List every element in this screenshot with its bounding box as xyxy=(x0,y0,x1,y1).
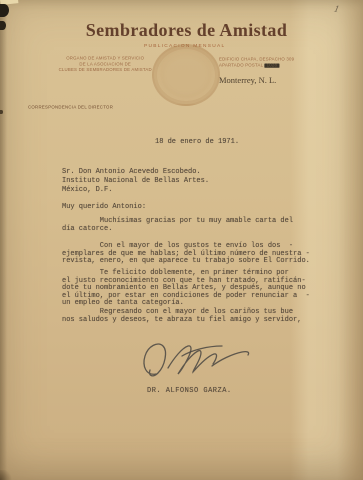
typed-line: día catorce. xyxy=(62,226,293,234)
letter-paragraph: Regresando con el mayor de los cariños t… xyxy=(62,309,301,324)
date-line: 18 de enero de 1971. xyxy=(155,138,239,146)
page-number-annotation: 1 xyxy=(333,4,340,16)
corner-shadow xyxy=(0,470,14,480)
letter-paragraph: Con el mayor de los gustos te envío los … xyxy=(62,243,310,266)
po-box-label: APARTADO POSTAL xyxy=(219,63,264,67)
typed-line: un empleo de tanta categoría. xyxy=(62,300,310,308)
salutation: Muy querido Antonio: xyxy=(62,203,146,211)
scanned-letter-page: 1 Sembradores de Amistad PUBLICACION MEN… xyxy=(0,0,363,480)
typed-line: revista, enero, en que aparece tu trabaj… xyxy=(62,258,310,266)
city-line: Monterrey, N. L. xyxy=(219,75,276,85)
recipient-line: Sr. Don Antonio Acevedo Escobedo. xyxy=(62,168,209,177)
recipient-block: Sr. Don Antonio Acevedo Escobedo.Institu… xyxy=(62,168,209,196)
letter-paragraph: Te felicito doblemente, en primer términ… xyxy=(62,270,310,308)
reference-line: CORRESPONDENCIA DEL DIRECTOR xyxy=(28,105,113,111)
ink-blot-artifact xyxy=(0,4,9,17)
letterhead-left-block: ORGANO DE AMISTAD Y SERVICIODE LA ASOCIA… xyxy=(44,56,166,73)
po-box-number-stamp: 1028 xyxy=(264,63,279,67)
letter-paragraph: Muchísimas gracias por tu muy amable car… xyxy=(62,218,293,233)
recipient-line: México, D.F. xyxy=(62,186,209,195)
typed-signature-name: DR. ALFONSO GARZA. xyxy=(147,387,232,395)
typed-line: nos saludos y deseos, te abraza tu fiel … xyxy=(62,317,301,325)
letterhead-left-line: CLUBES DE SEMBRADORES DE AMISTAD xyxy=(44,68,166,74)
ink-blot-artifact xyxy=(0,110,3,114)
letterhead-title: Sembradores de Amistad xyxy=(0,20,363,41)
letterhead-address-block: EDIFICIO CHAPA, DESPACHO 309 APARTADO PO… xyxy=(219,57,327,69)
address-line: EDIFICIO CHAPA, DESPACHO 309 xyxy=(219,58,294,62)
handwritten-signature xyxy=(138,336,258,390)
sower-emblem-seal xyxy=(152,44,220,106)
